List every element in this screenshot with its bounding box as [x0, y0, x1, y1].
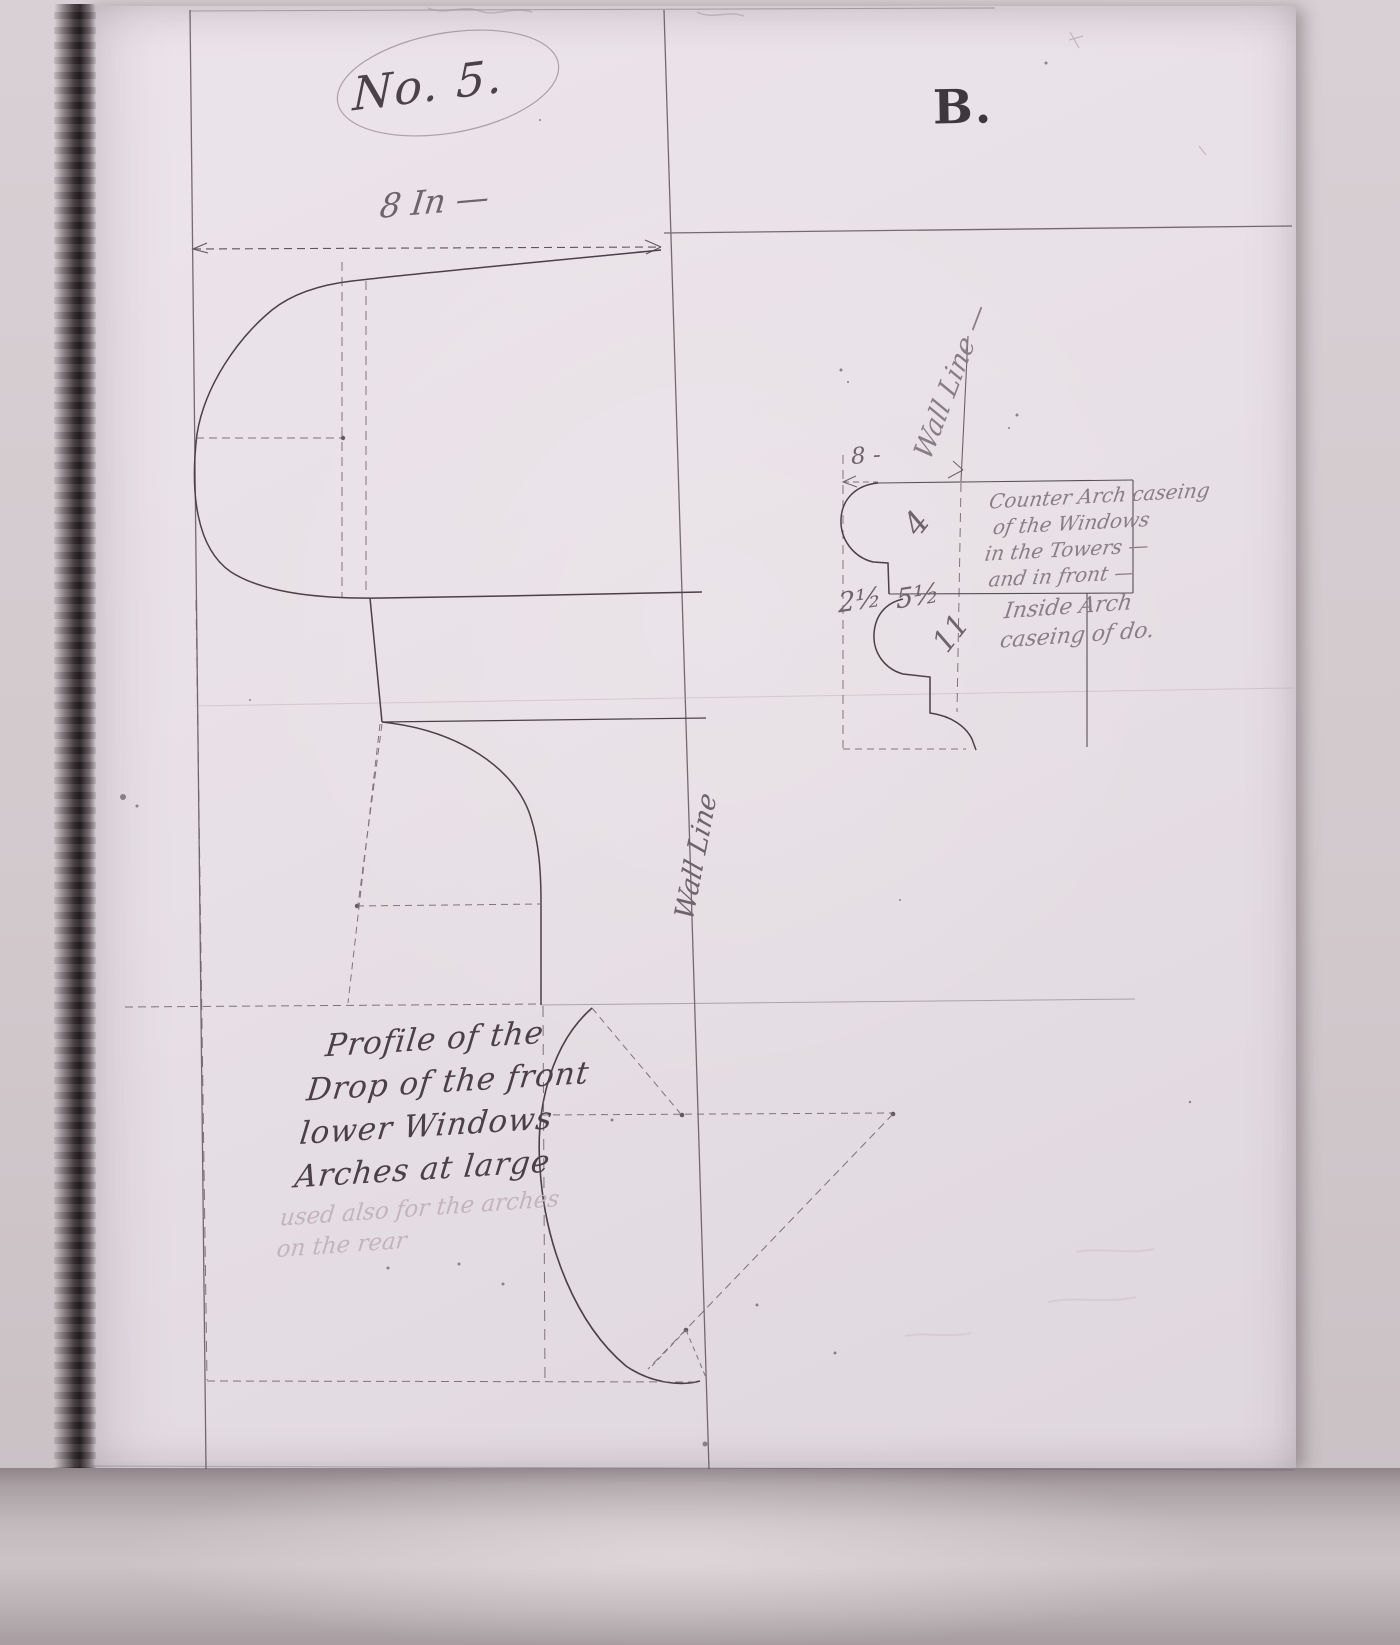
- lens-triangle-right: [686, 1330, 707, 1380]
- cove-shelf-line: [382, 718, 706, 722]
- cove-curve: [382, 722, 541, 1005]
- bottom-fold-line: [90, 1466, 1294, 1470]
- dimension-arrow-left: [193, 243, 208, 253]
- lens-dashed-radius: [592, 1008, 680, 1113]
- left-lower-dashed-vertical: [196, 600, 207, 1380]
- center-divider-rule: [664, 10, 709, 1469]
- cove-dashed-horizontal: [357, 904, 540, 906]
- scanned-drawing-sheet: No. 5. B. 8 In — Wall Line — Wall Line 8…: [0, 0, 1400, 1645]
- cove-construction-dashes: [348, 724, 540, 1003]
- cove-dashed-slant-2: [348, 724, 380, 1003]
- casing-dashed-vertical-center: [957, 483, 961, 712]
- bullnose-profile-outline: [194, 250, 702, 598]
- crease-line: [195, 688, 1293, 706]
- top-edge-scribble-2: [697, 12, 744, 16]
- drop-cove-profile: [370, 598, 706, 1005]
- smudge-1: [1048, 1297, 1136, 1302]
- dimension-dashed-line: [193, 247, 661, 249]
- top-right-mark: [1069, 32, 1083, 48]
- mid-right-rule: [541, 999, 1135, 1005]
- top-edge-rule: [190, 8, 995, 11]
- left-dashed-horizontal: [125, 1004, 541, 1007]
- smudge-3: [905, 1333, 971, 1336]
- counter-arch-profile-outline: [841, 483, 889, 594]
- top-dimension-line: [193, 240, 661, 254]
- note-inside-arch-casing: Inside Arch caseing of do.: [998, 586, 1160, 655]
- note-counter-arch-casing: Counter Arch caseing of the Windows in t…: [975, 477, 1212, 594]
- right-top-rule: [664, 226, 1292, 233]
- faint-edge-marks: [428, 8, 1206, 155]
- top-edge-scribble-1: [428, 8, 532, 13]
- smudge-2: [1076, 1249, 1154, 1252]
- faint-smudges: [905, 1249, 1154, 1336]
- note-profile-caption: Profile of the Drop of the front lower W…: [292, 1009, 596, 1200]
- lens-dashed-horizontal: [541, 1113, 891, 1115]
- bottom-dashed-horizontal: [207, 1381, 700, 1382]
- section-label: B.: [933, 79, 994, 135]
- dimension-casing-width-label: 8 -: [850, 442, 881, 470]
- radius-center-dot: [341, 436, 345, 440]
- right-edge-mark: [1199, 146, 1206, 155]
- cove-dashed-slant-1: [358, 724, 382, 905]
- lens-center-dot: [680, 1113, 685, 1118]
